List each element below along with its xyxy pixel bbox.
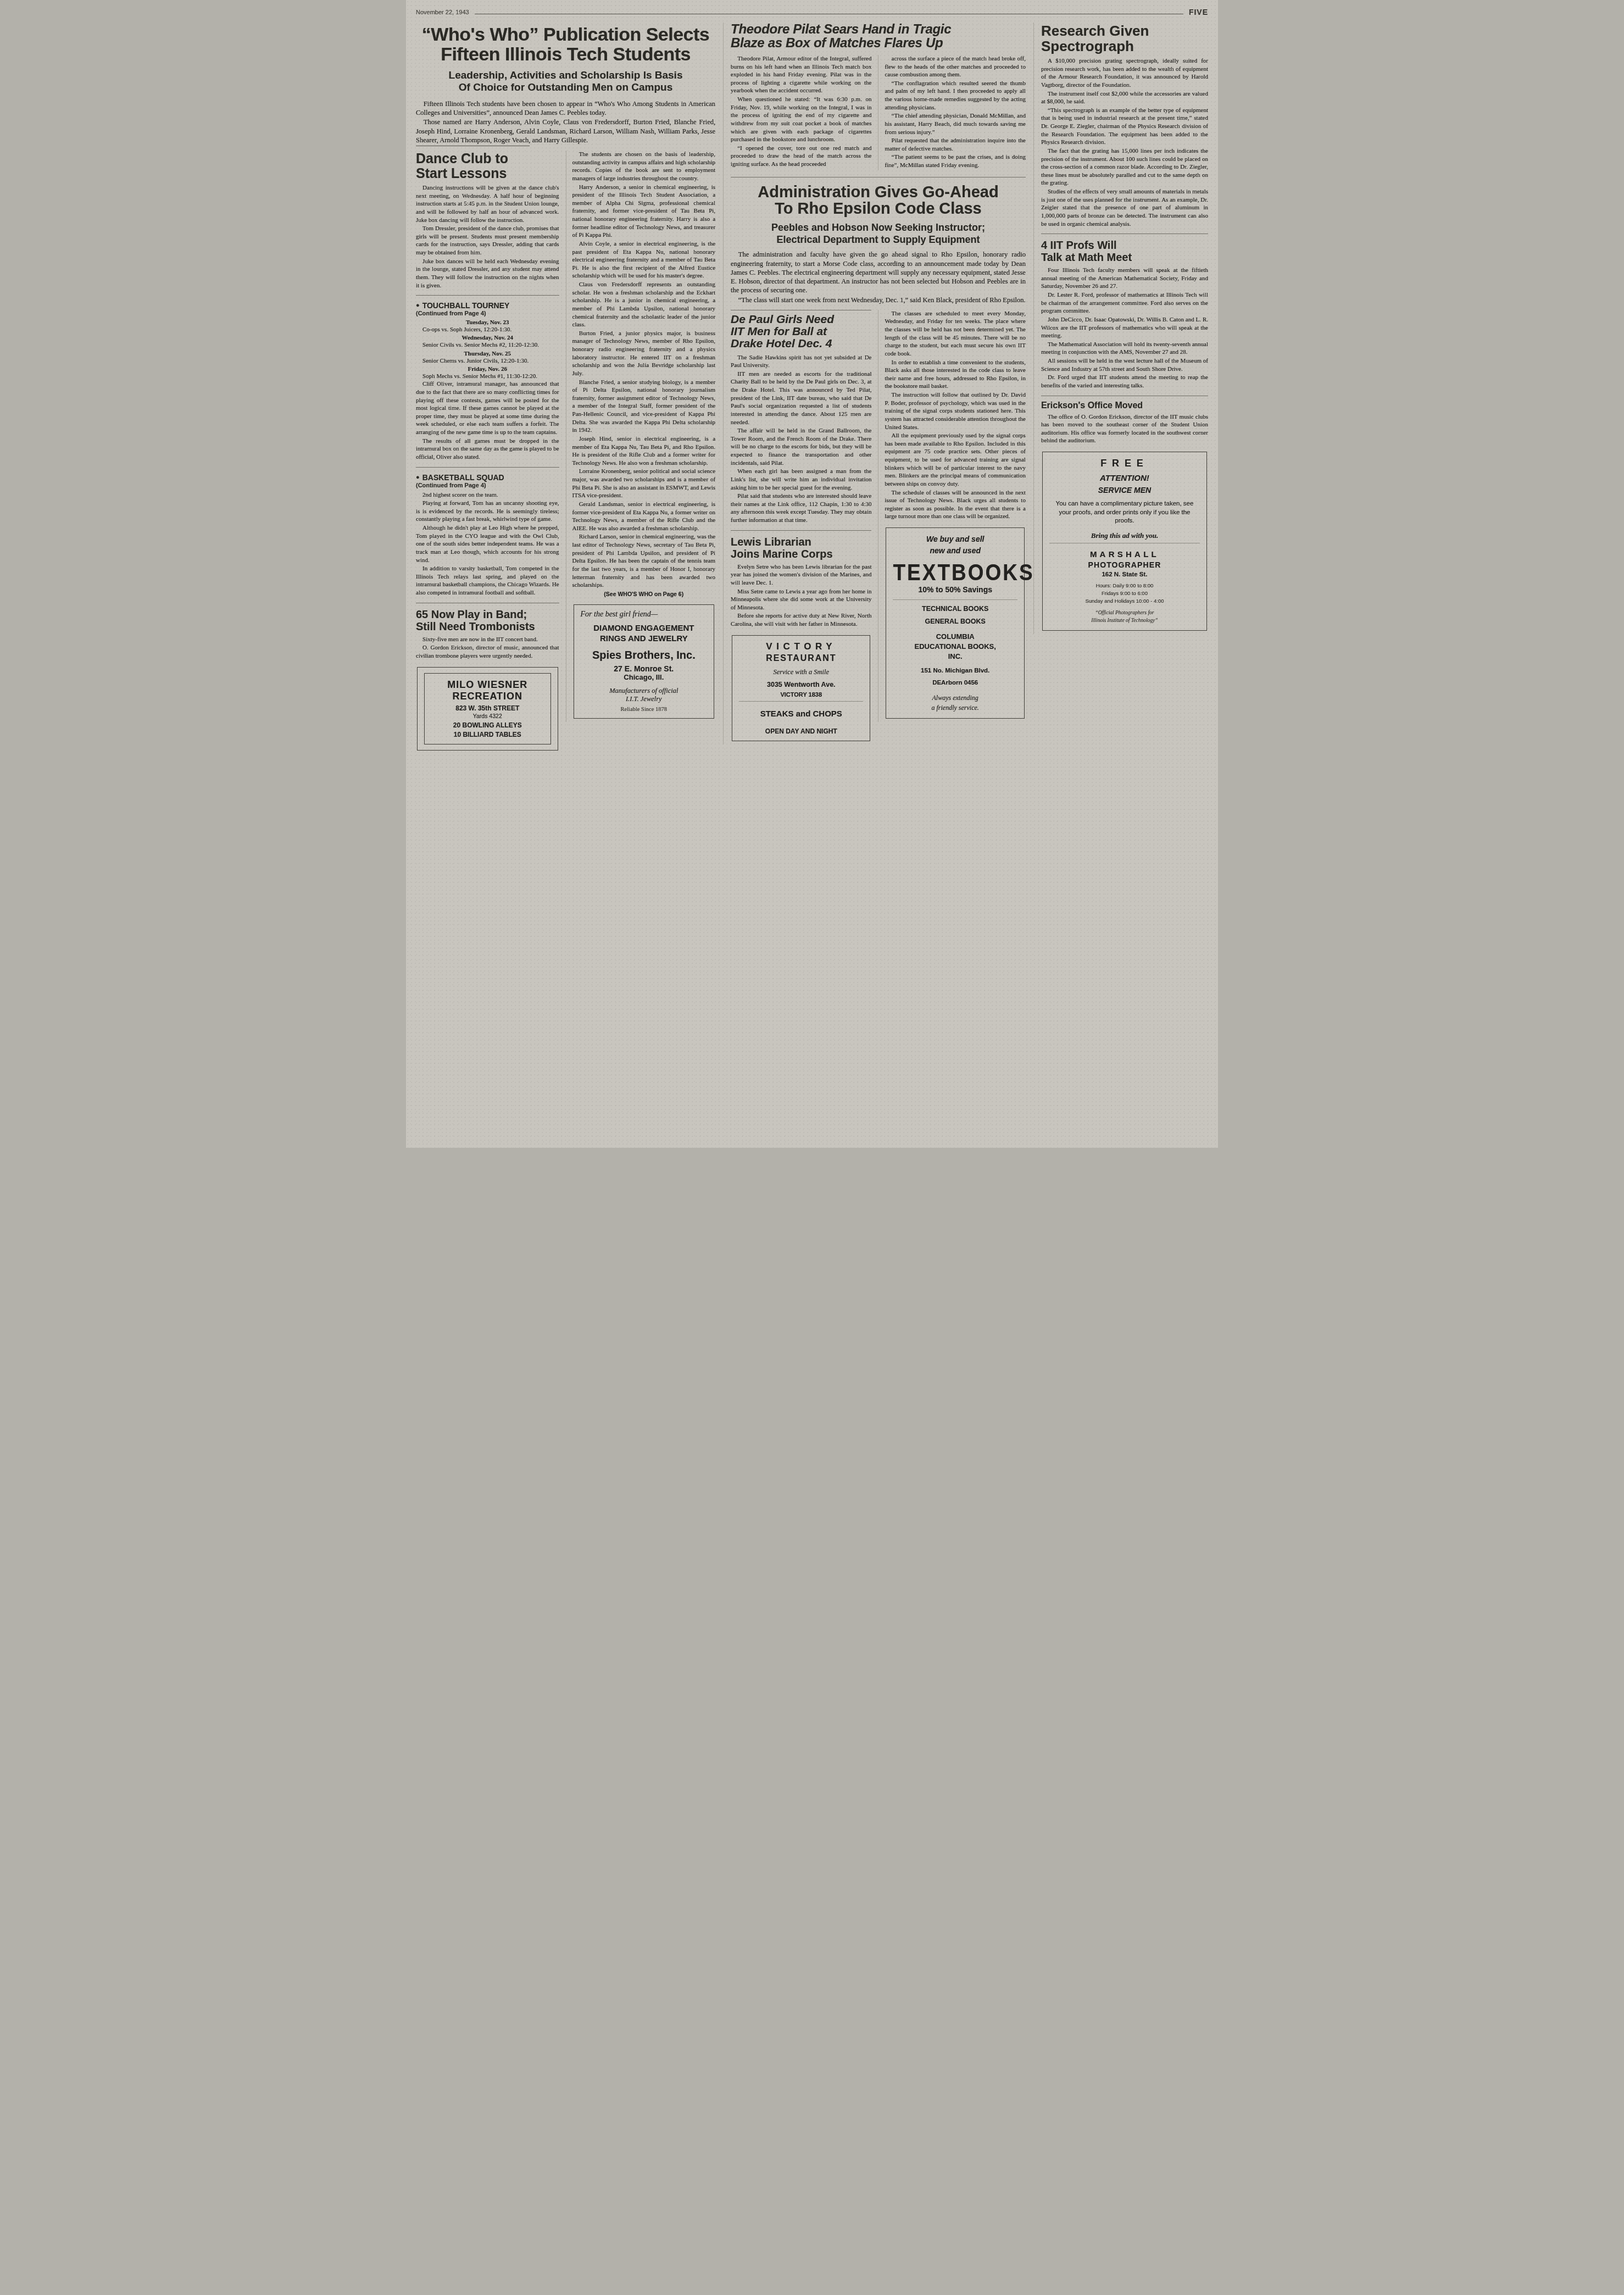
paragraph: The instrument itself cost $2,000 while … (1041, 90, 1208, 106)
column-4: The classes are scheduled to meet every … (878, 310, 1025, 722)
paragraph: Theodore Pilat, Armour editor of the Int… (731, 55, 871, 95)
list-item: Soph Mechs vs. Senior Mechs #1, 11:30-12… (416, 373, 559, 380)
paragraph: Lorraine Kronenberg, senior political an… (572, 468, 716, 500)
article-basketball: ●BASKETBALL SQUAD (Continued from Page 4… (416, 467, 559, 597)
column-2: The students are chosen on the basis of … (566, 151, 716, 722)
subhead-line: Leadership, Activities and Scholarship I… (416, 70, 715, 82)
article-math-meet: 4 IIT Profs Will Talk at Math Meet Four … (1041, 234, 1208, 390)
list-item: Senior Chems vs. Junior Civils, 12:20-1:… (416, 357, 559, 365)
paragraph: Before she reports for active duty at Ne… (731, 612, 871, 628)
paragraph: “The class will start one week from next… (731, 296, 1026, 304)
ad-body: You can have a complimentary picture tak… (1049, 500, 1200, 526)
paragraph: Claus von Fredersdorff represents an out… (572, 281, 716, 329)
paragraph: Richard Larson, senior in chemical engin… (572, 533, 716, 589)
ad-instruction: Bring this ad with you. (1049, 531, 1200, 540)
article-pilat: Theodore Pilat Sears Hand in Tragic Blaz… (731, 23, 1026, 170)
paragraph: “This spectrograph is an example of the … (1041, 107, 1208, 147)
ad-intro: For the best girl friend— (581, 610, 708, 619)
paragraph: O. Gordon Erickson, director of music, a… (416, 644, 559, 660)
headline-line: Start Lessons (416, 166, 559, 181)
paragraph: Dancing instructions will be given at th… (416, 184, 559, 224)
article-body: Sixty-five men are now in the IIT concer… (416, 636, 559, 660)
paragraph: “The patient seems to be past the crises… (885, 153, 1025, 169)
advertiser-name-line2: RESTAURANT (739, 654, 863, 664)
paragraph: The administration and faculty have give… (731, 250, 1026, 294)
paragraph: The classes are scheduled to meet every … (885, 310, 1025, 358)
article-band: 65 Now Play in Band; Still Need Tromboni… (416, 603, 559, 660)
paragraph: Four Illinois Tech faculty members will … (1041, 266, 1208, 291)
newspaper-page: November 22, 1943 FIVE “Who's Who” Publi… (406, 0, 1218, 1148)
ad-divider (1049, 543, 1200, 543)
ad-savings: 10% to 50% Savings (893, 585, 1017, 594)
erickson-headline: Erickson's Office Moved (1041, 402, 1208, 411)
paragraph: Those named are Harry Anderson, Alvin Co… (416, 118, 715, 145)
paragraph: When each girl has been assigned a man f… (731, 468, 871, 492)
ad-address: 162 N. State St. (1049, 571, 1200, 578)
article-body: The Sadie Hawkins spirit has not yet sub… (731, 354, 871, 525)
paragraph: Blanche Fried, a senior studying biology… (572, 379, 716, 435)
ad-note: Manufacturers of officialI.I.T. Jewelry (581, 687, 708, 703)
paragraph: “I opened the cover, tore out one red ma… (731, 145, 871, 169)
paragraph: “The chief attending physician, Donald M… (885, 112, 1025, 136)
continued-on-note: (See WHO'S WHO on Page 6) (572, 591, 716, 598)
headline-line: 4 IIT Profs Will (1041, 240, 1208, 252)
paragraph: Joseph Hind, senior in electrical engine… (572, 435, 716, 468)
headline-line: “Who's Who” Publication Selects (416, 25, 715, 45)
headline-line: Joins Marine Corps (731, 548, 871, 560)
paragraph: When questioned he stated: “It was 6:30 … (731, 96, 871, 144)
column-3: De Paul Girls Need IIT Men for Ball at D… (731, 310, 871, 744)
ad-category: GENERAL BOOKS (893, 618, 1017, 625)
paragraph: Pilat said that students who are interes… (731, 492, 871, 525)
pilat-column-b: across the surface a piece of the match … (878, 55, 1025, 170)
article-body: The office of O. Gordon Erickson, direct… (1041, 413, 1208, 446)
whos-who-continuation: The students are chosen on the basis of … (572, 151, 716, 590)
paragraph: Studies of the effects of very small amo… (1041, 188, 1208, 228)
ad-frame: MILO WIESNERRECREATION 823 W. 35th STREE… (424, 673, 551, 744)
pilat-headline: Theodore Pilat Sears Hand in Tragic Blaz… (731, 23, 1026, 51)
headline-line: De Paul Girls Need (731, 314, 871, 326)
headline-line: Dance Club to (416, 152, 559, 166)
ad-feature: 10 BILLIARD TABLES (429, 731, 546, 738)
ad-tagline: Reliable Since 1878 (581, 707, 708, 713)
ad-divider (739, 701, 863, 702)
paragraph: Pilat requested that the administration … (885, 137, 1025, 153)
paragraph: The fact that the grating has 15,000 lin… (1041, 147, 1208, 187)
article-body: Cliff Oliver, intramural manager, has an… (416, 380, 559, 461)
paragraph: Harry Anderson, a senior in chemical eng… (572, 184, 716, 240)
continued-from-note: (Continued from Page 4) (416, 482, 559, 489)
paragraph: Juke box dances will be held each Wednes… (416, 258, 559, 290)
basketball-title: ●BASKETBALL SQUAD (416, 473, 559, 482)
paragraph: The affair will be held in the Grand Bal… (731, 427, 871, 467)
headline-line: Drake Hotel Dec. 4 (731, 338, 871, 350)
advertiser-name: COLUMBIAEDUCATIONAL BOOKS,INC. (893, 632, 1017, 662)
headline-line: Research Given (1041, 24, 1208, 39)
rho-continuation: The classes are scheduled to meet every … (885, 310, 1025, 521)
ad-address: 3035 Wentworth Ave. (739, 681, 863, 688)
paragraph: Tom Dressler, president of the dance clu… (416, 225, 559, 257)
subhead-line: Of Choice for Outstanding Men on Campus (416, 82, 715, 94)
ad-tagline: Always extendinga friendly service. (893, 693, 1017, 713)
rho-headline: Administration Gives Go-Ahead To Rho Eps… (731, 184, 1026, 218)
headline-line: Theodore Pilat Sears Hand in Tragic (731, 23, 1026, 36)
ad-attention: ATTENTION! (1049, 474, 1200, 483)
paragraph: The students are chosen on the basis of … (572, 151, 716, 183)
ad-category: TECHNICAL BOOKS (893, 605, 1017, 613)
column-5: Research Given Spectrograph A $10,000 pr… (1033, 23, 1208, 634)
paragraph: The office of O. Gordon Erickson, direct… (1041, 413, 1208, 446)
headline-line: Still Need Trombonists (416, 621, 559, 633)
paragraph: In order to establish a time convenient … (885, 359, 1025, 391)
ad-phone: Yards 4322 (429, 713, 546, 720)
paragraph: Sixty-five men are now in the IIT concer… (416, 636, 559, 644)
ad-milo-wiesner: MILO WIESNERRECREATION 823 W. 35th STREE… (417, 667, 558, 751)
paragraph: Miss Setre came to Lewis a year ago from… (731, 588, 871, 612)
ad-tagline: Service with a Smile (739, 668, 863, 676)
touchball-schedule: Tuesday, Nov. 23Co-ops vs. Soph Juicers,… (416, 319, 559, 380)
list-item: Thursday, Nov. 25 (416, 351, 559, 357)
paragraph: All sessions will be held in the west le… (1041, 357, 1208, 373)
continued-from-note: (Continued from Page 4) (416, 310, 559, 317)
column-1: Dance Club to Start Lessons Dancing inst… (416, 151, 559, 754)
article-lewis-librarian: Lewis Librarian Joins Marine Corps Evely… (731, 530, 871, 629)
paragraph: Burton Fried, a junior physics major, is… (572, 330, 716, 378)
list-item: Co-ops vs. Soph Juicers, 12:20-1:30. (416, 326, 559, 334)
ad-product: STEAKS and CHOPS (739, 709, 863, 719)
ad-phone: DEArborn 0456 (893, 680, 1017, 686)
masthead-rule (475, 13, 1183, 14)
headline-line: Talk at Math Meet (1041, 252, 1208, 264)
paragraph: All the equipment previously used by the… (885, 432, 1025, 488)
paragraph: The Mathematical Association will hold i… (1041, 341, 1208, 357)
ad-address: 151 No. Michigan Blvd. (893, 668, 1017, 674)
article-rho-epsilon: Administration Gives Go-Ahead To Rho Eps… (731, 177, 1026, 304)
depaul-headline: De Paul Girls Need IIT Men for Ball at D… (731, 314, 871, 351)
rho-subhead: Peebles and Hobson Now Seeking Instructo… (731, 222, 1026, 246)
headline-line: Blaze as Box of Matches Flares Up (731, 36, 1026, 50)
divider (416, 146, 530, 146)
ad-phone: VICTORY 1838 (739, 692, 863, 698)
paragraph: The results of all games must be dropped… (416, 437, 559, 462)
paragraph: Alvin Coyle, a senior in electrical engi… (572, 240, 716, 280)
article-body: A $10,000 precision grating spectrograph… (1041, 57, 1208, 228)
ad-city: Chicago, Ill. (581, 673, 708, 681)
list-item: Friday, Nov. 26 (416, 366, 559, 373)
page-number: FIVE (1189, 8, 1208, 17)
bullet-icon: ● (416, 474, 420, 481)
ad-product: DIAMOND ENGAGEMENTRINGS AND JEWELRY (581, 624, 708, 644)
bullet-icon: ● (416, 302, 420, 309)
paragraph: John DeCicco, Dr. Isaac Opatowski, Dr. W… (1041, 316, 1208, 340)
article-whos-who: “Who's Who” Publication Selects Fifteen … (416, 23, 715, 754)
paragraph: Playing at forward, Tom has an uncanny s… (416, 499, 559, 524)
page-columns: “Who's Who” Publication Selects Fifteen … (416, 23, 1208, 754)
paragraph: The instruction will follow that outline… (885, 391, 1025, 431)
ad-divider (893, 599, 1017, 600)
advertiser-title: PHOTOGRAPHER (1049, 560, 1200, 569)
paragraph: Cliff Oliver, intramural manager, has an… (416, 380, 559, 436)
article-depaul: De Paul Girls Need IIT Men for Ball at D… (731, 310, 871, 525)
touchball-title: ●TOUCHBALL TOURNEY (416, 301, 559, 310)
paragraph: Although he didn't play at Leo High wher… (416, 524, 559, 564)
ad-hours: OPEN DAY AND NIGHT (739, 727, 863, 735)
ad-intro: We buy and sellnew and used (893, 534, 1017, 557)
paragraph: Evelyn Setre who has been Lewis libraria… (731, 563, 871, 587)
middle-zone: Theodore Pilat Sears Hand in Tragic Blaz… (723, 23, 1026, 744)
ad-audience: SERVICE MEN (1049, 486, 1200, 494)
headline-line: Fifteen Illinois Tech Students (416, 45, 715, 64)
paragraph: “The conflagration which resulted seered… (885, 80, 1025, 112)
whos-who-headline: “Who's Who” Publication Selects Fifteen … (416, 25, 715, 64)
whos-who-lead: Fifteen Illinois Tech students have been… (416, 99, 715, 145)
subhead-line: Peebles and Hobson Now Seeking Instructo… (731, 222, 1026, 234)
ad-marshall-photographer: FREE ATTENTION! SERVICE MEN You can have… (1042, 452, 1207, 631)
ad-hours: Hours: Daily 9:00 to 8:00Fridays 9:00 to… (1049, 582, 1200, 606)
lewis-headline: Lewis Librarian Joins Marine Corps (731, 536, 871, 560)
article-body: Dancing instructions will be given at th… (416, 184, 559, 290)
math-meet-headline: 4 IIT Profs Will Talk at Math Meet (1041, 240, 1208, 264)
paragraph: across the surface a piece of the match … (885, 55, 1025, 79)
headline-line: Administration Gives Go-Ahead (731, 184, 1026, 201)
headline-line: 65 Now Play in Band; (416, 609, 559, 621)
article-body: 2nd highest scorer on the team.Playing a… (416, 491, 559, 597)
advertiser-name: MILO WIESNERRECREATION (429, 679, 546, 703)
article-spectrograph: Research Given Spectrograph A $10,000 pr… (1041, 24, 1208, 228)
pilat-column-a: Theodore Pilat, Armour editor of the Int… (731, 55, 871, 169)
article-body: Four Illinois Tech faculty members will … (1041, 266, 1208, 390)
page-header: November 22, 1943 FIVE (416, 8, 1208, 17)
paragraph: 2nd highest scorer on the team. (416, 491, 559, 499)
headline-line: Lewis Librarian (731, 536, 871, 548)
ad-victory-restaurant: VICTORY RESTAURANT Service with a Smile … (732, 635, 870, 741)
paragraph: Fifteen Illinois Tech students have been… (416, 99, 715, 118)
ad-quote: “Official Photographers forIllinois Inst… (1049, 610, 1200, 625)
article-dance-club: Dance Club to Start Lessons Dancing inst… (416, 152, 559, 290)
headline-line: IIT Men for Ball at (731, 326, 871, 338)
ad-address: 27 E. Monroe St. (581, 664, 708, 673)
dance-club-headline: Dance Club to Start Lessons (416, 152, 559, 181)
paragraph: Gerald Landsman, senior in electrical en… (572, 501, 716, 533)
advertiser-name: MARSHALL (1049, 550, 1200, 559)
advertiser-name: Spies Brothers, Inc. (581, 649, 708, 662)
article-body: Evelyn Setre who has been Lewis libraria… (731, 563, 871, 629)
paragraph: In addition to varsity basketball, Tom c… (416, 565, 559, 597)
ad-feature: 20 BOWLING ALLEYS (429, 721, 546, 729)
paragraph: Dr. Ford urged that IIT students attend … (1041, 374, 1208, 390)
ad-textbooks: We buy and sellnew and used TEXTBOOKS 10… (886, 527, 1024, 719)
article-touchball: ●TOUCHBALL TOURNEY (Continued from Page … (416, 295, 559, 461)
paragraph: Dr. Lester R. Ford, professor of mathema… (1041, 291, 1208, 315)
advertiser-name: VICTORY (739, 641, 863, 652)
rho-lead: The administration and faculty have give… (731, 250, 1026, 304)
article-erickson-office: Erickson's Office Moved The office of O.… (1041, 396, 1208, 445)
ad-offer: FREE (1049, 458, 1200, 469)
paragraph: The schedule of classes will be announce… (885, 489, 1025, 521)
ad-spies-brothers: For the best girl friend— DIAMOND ENGAGE… (574, 604, 715, 719)
ad-address: 823 W. 35th STREET (429, 704, 546, 712)
headline-line: Spectrograph (1041, 39, 1208, 54)
issue-date: November 22, 1943 (416, 9, 469, 17)
subhead-line: Electrical Department to Supply Equipmen… (731, 234, 1026, 246)
whos-who-subhead: Leadership, Activities and Scholarship I… (416, 70, 715, 94)
paragraph: IIT men are needed as escorts for the tr… (731, 370, 871, 426)
paragraph: A $10,000 precision grating spectrograph… (1041, 57, 1208, 90)
band-headline: 65 Now Play in Band; Still Need Tromboni… (416, 609, 559, 633)
list-item: Wednesday, Nov. 24 (416, 335, 559, 341)
headline-line: To Rho Epsilon Code Class (731, 201, 1026, 218)
spectrograph-headline: Research Given Spectrograph (1041, 24, 1208, 54)
ad-product: TEXTBOOKS (893, 559, 1017, 586)
list-item: Senior Civils vs. Senior Mechs #2, 11:20… (416, 341, 559, 349)
paragraph: The Sadie Hawkins spirit has not yet sub… (731, 354, 871, 370)
list-item: Tuesday, Nov. 23 (416, 319, 559, 326)
